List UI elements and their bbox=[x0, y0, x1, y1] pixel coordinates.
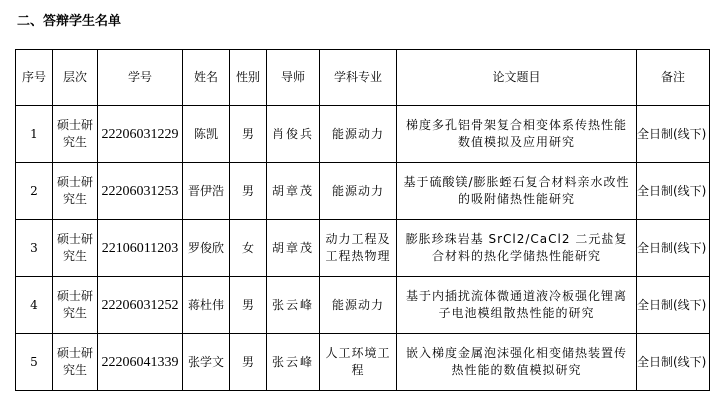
cell-name: 张学文 bbox=[183, 334, 230, 391]
table-row: 5 硕士研究生 22206041339 张学文 男 张云峰 人工环境工程 嵌入梯… bbox=[16, 334, 710, 391]
header-thesis: 论文题目 bbox=[397, 50, 637, 106]
cell-major: 动力工程及工程热物理 bbox=[320, 220, 397, 277]
cell-level: 硕士研究生 bbox=[53, 277, 98, 334]
cell-name: 陈凯 bbox=[183, 106, 230, 163]
header-major: 学科专业 bbox=[320, 50, 397, 106]
cell-major: 能源动力 bbox=[320, 277, 397, 334]
cell-major: 能源动力 bbox=[320, 163, 397, 220]
cell-index: 4 bbox=[16, 277, 53, 334]
header-gender: 性别 bbox=[230, 50, 267, 106]
cell-thesis: 嵌入梯度金属泡沫强化相变储热装置传热性能的数值模拟研究 bbox=[397, 334, 637, 391]
cell-student-id: 22206031252 bbox=[98, 277, 183, 334]
cell-level: 硕士研究生 bbox=[53, 220, 98, 277]
table-row: 3 硕士研究生 22106011203 罗俊欣 女 胡章茂 动力工程及工程热物理… bbox=[16, 220, 710, 277]
defense-student-table: 序号 层次 学号 姓名 性别 导师 学科专业 论文题目 备注 1 硕士研究生 2… bbox=[15, 49, 710, 391]
cell-gender: 男 bbox=[230, 163, 267, 220]
cell-level: 硕士研究生 bbox=[53, 334, 98, 391]
table-row: 4 硕士研究生 22206031252 蒋杜伟 男 张云峰 能源动力 基于内插扰… bbox=[16, 277, 710, 334]
cell-note: 全日制(线下) bbox=[637, 277, 710, 334]
cell-index: 3 bbox=[16, 220, 53, 277]
cell-gender: 男 bbox=[230, 334, 267, 391]
cell-thesis: 膨胀珍珠岩基 SrCl2/CaCl2 二元盐复合材料的热化学储热性能研究 bbox=[397, 220, 637, 277]
cell-index: 5 bbox=[16, 334, 53, 391]
cell-student-id: 22206031229 bbox=[98, 106, 183, 163]
cell-major: 能源动力 bbox=[320, 106, 397, 163]
cell-advisor: 张云峰 bbox=[267, 277, 320, 334]
cell-level: 硕士研究生 bbox=[53, 106, 98, 163]
cell-thesis: 梯度多孔铝骨架复合相变体系传热性能数值模拟及应用研究 bbox=[397, 106, 637, 163]
header-advisor: 导师 bbox=[267, 50, 320, 106]
cell-thesis: 基于内插扰流体微通道液冷板强化锂离子电池模组散热性能的研究 bbox=[397, 277, 637, 334]
cell-advisor: 胡章茂 bbox=[267, 220, 320, 277]
cell-note: 全日制(线下) bbox=[637, 106, 710, 163]
cell-note: 全日制(线下) bbox=[637, 334, 710, 391]
cell-index: 1 bbox=[16, 106, 53, 163]
header-index: 序号 bbox=[16, 50, 53, 106]
cell-advisor: 肖俊兵 bbox=[267, 106, 320, 163]
table-row: 1 硕士研究生 22206031229 陈凯 男 肖俊兵 能源动力 梯度多孔铝骨… bbox=[16, 106, 710, 163]
header-note: 备注 bbox=[637, 50, 710, 106]
cell-name: 蒋杜伟 bbox=[183, 277, 230, 334]
cell-student-id: 22206041339 bbox=[98, 334, 183, 391]
cell-name: 晋伊浩 bbox=[183, 163, 230, 220]
table-row: 2 硕士研究生 22206031253 晋伊浩 男 胡章茂 能源动力 基于硫酸镁… bbox=[16, 163, 710, 220]
cell-advisor: 胡章茂 bbox=[267, 163, 320, 220]
header-level: 层次 bbox=[53, 50, 98, 106]
cell-level: 硕士研究生 bbox=[53, 163, 98, 220]
cell-gender: 男 bbox=[230, 106, 267, 163]
section-title: 二、答辩学生名单 bbox=[17, 10, 121, 29]
cell-thesis: 基于硫酸镁/膨胀蛭石复合材料亲水改性的吸附储热性能研究 bbox=[397, 163, 637, 220]
cell-index: 2 bbox=[16, 163, 53, 220]
cell-note: 全日制(线下) bbox=[637, 220, 710, 277]
cell-name: 罗俊欣 bbox=[183, 220, 230, 277]
cell-major: 人工环境工程 bbox=[320, 334, 397, 391]
cell-student-id: 22206031253 bbox=[98, 163, 183, 220]
header-student-id: 学号 bbox=[98, 50, 183, 106]
cell-student-id: 22106011203 bbox=[98, 220, 183, 277]
cell-note: 全日制(线下) bbox=[637, 163, 710, 220]
cell-gender: 男 bbox=[230, 277, 267, 334]
header-name: 姓名 bbox=[183, 50, 230, 106]
cell-advisor: 张云峰 bbox=[267, 334, 320, 391]
cell-gender: 女 bbox=[230, 220, 267, 277]
table-header-row: 序号 层次 学号 姓名 性别 导师 学科专业 论文题目 备注 bbox=[16, 50, 710, 106]
